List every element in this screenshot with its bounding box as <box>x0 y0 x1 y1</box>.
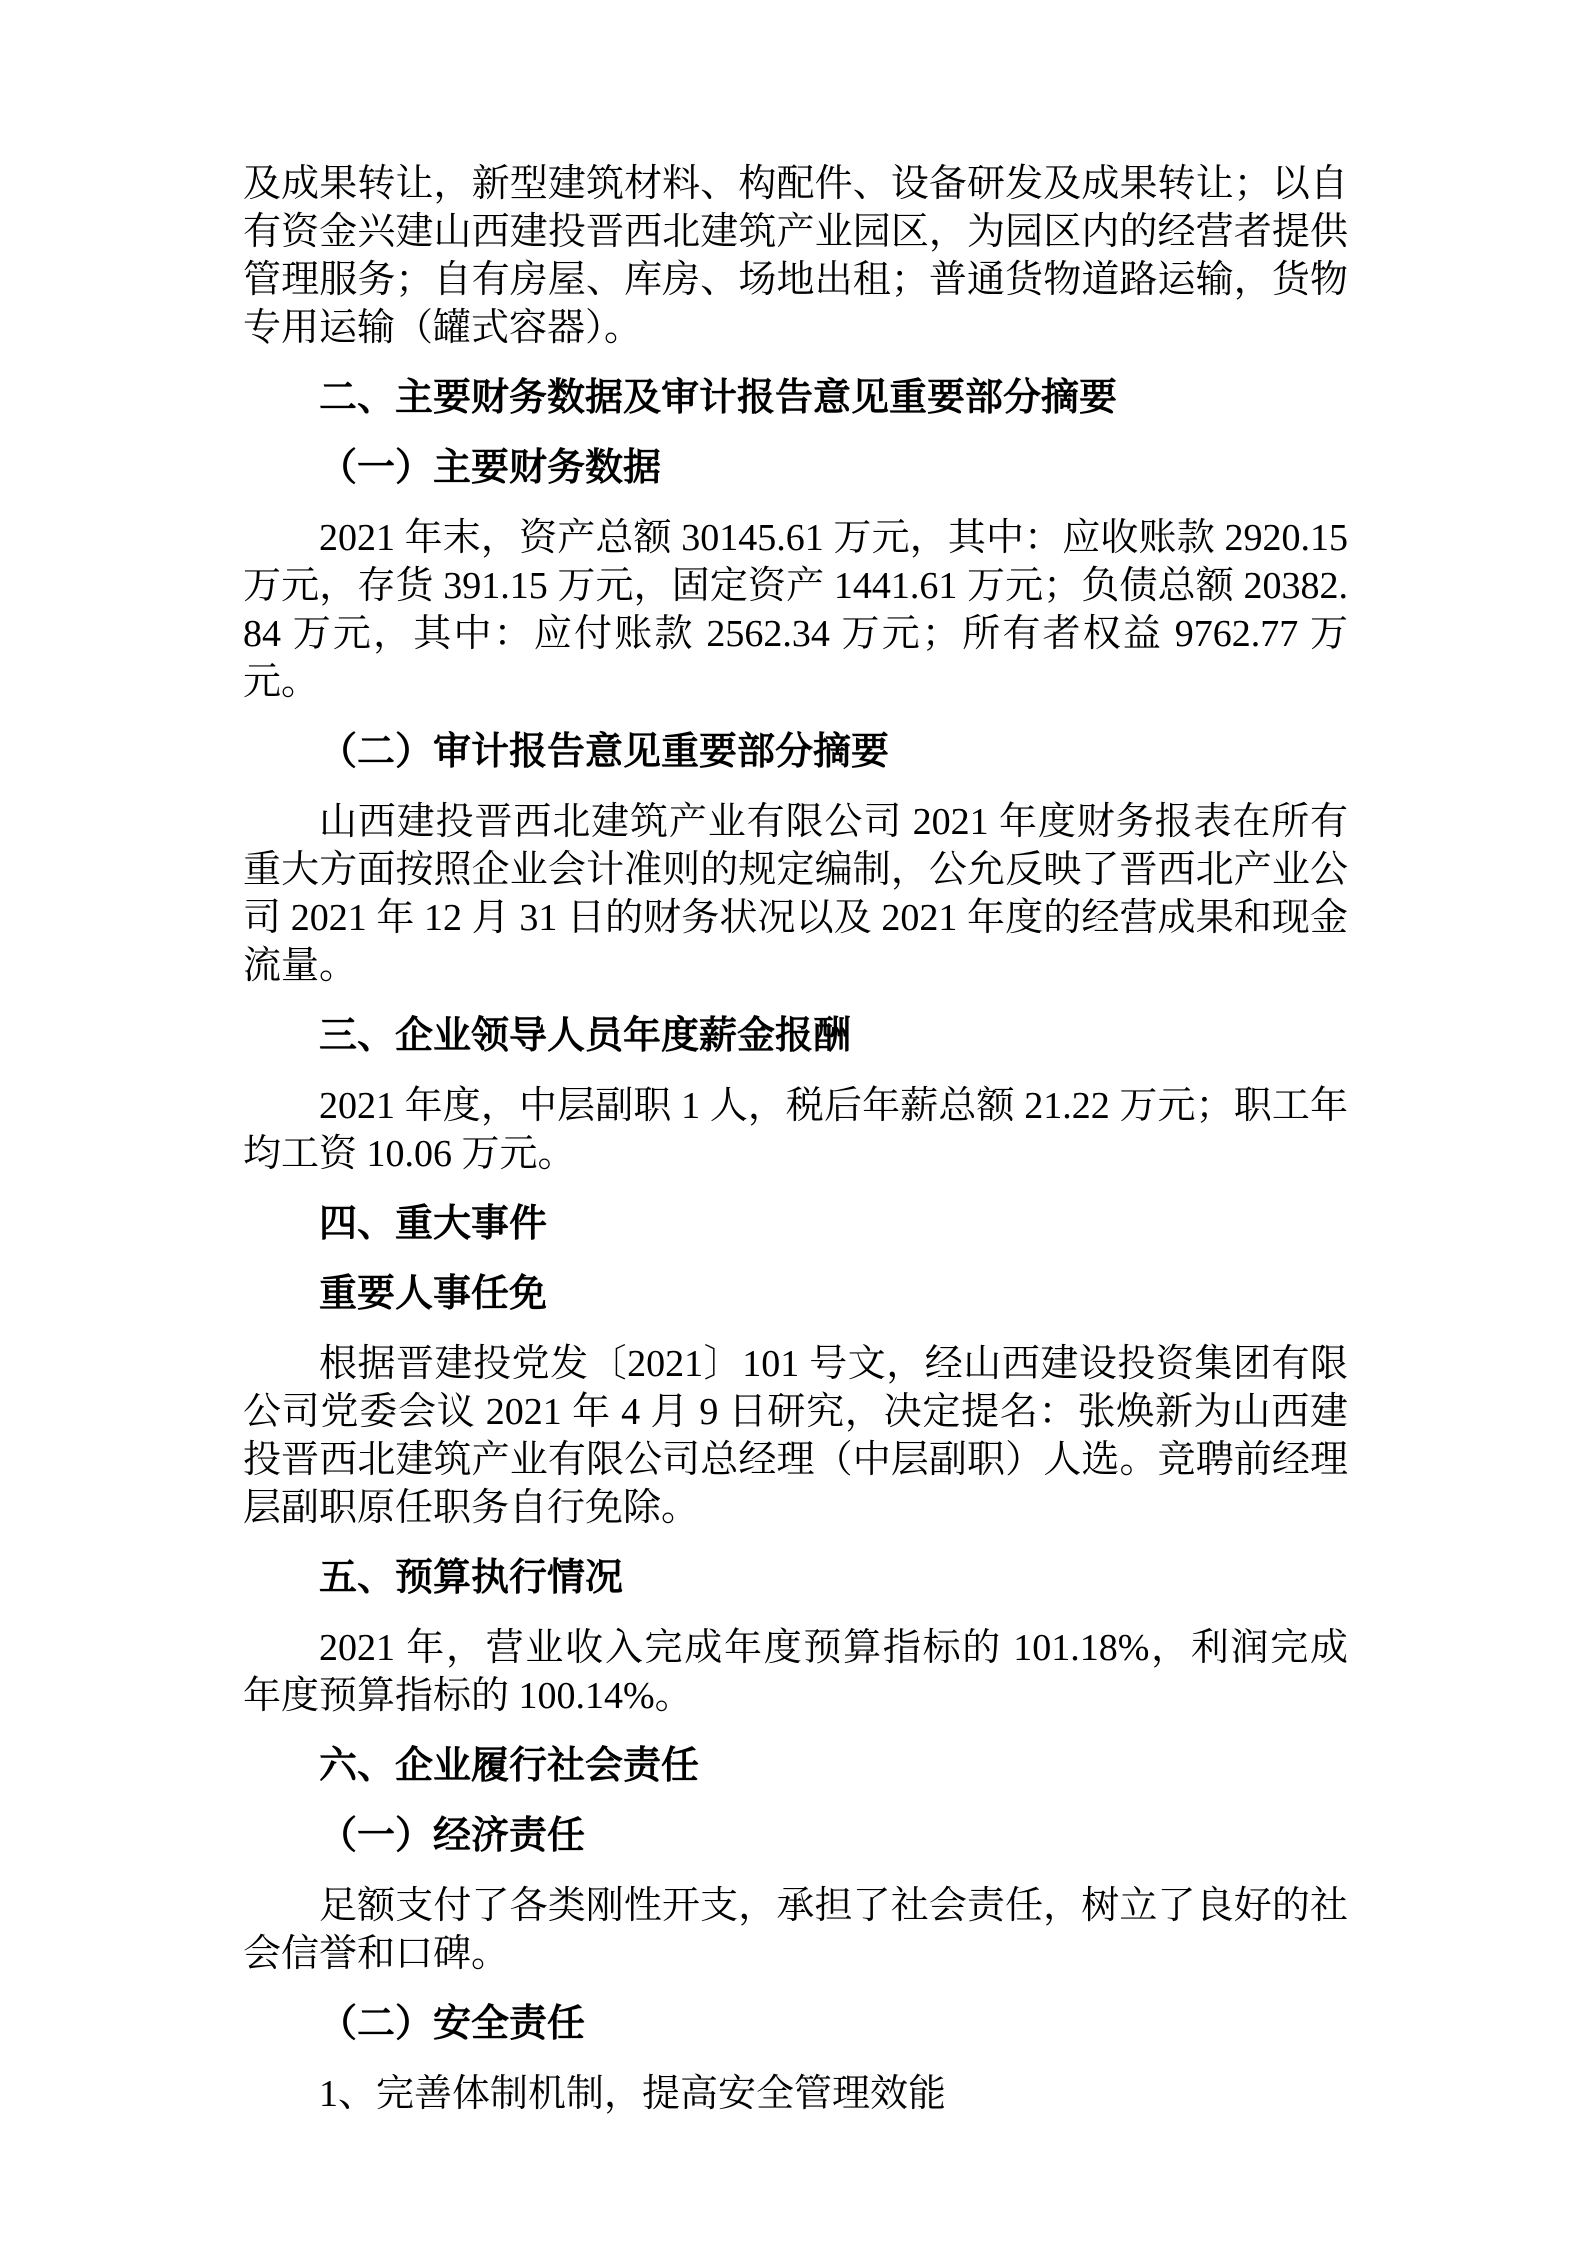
document-page: 及成果转让，新型建筑材料、构配件、设备研发及成果转让；以自有资金兴建山西建投晋西… <box>0 0 1587 2245</box>
paragraph-financial-data: 2021 年末，资产总额 30145.61 万元，其中：应收账款 2920.15… <box>243 514 1348 706</box>
paragraph-salary: 2021 年度，中层副职 1 人，税后年薪总额 21.22 万元；职工年均工资 … <box>243 1082 1348 1178</box>
heading-safety-responsibility: （二）安全责任 <box>243 2000 1348 2048</box>
heading-section-two-finance: 二、主要财务数据及审计报告意见重要部分摘要 <box>243 374 1348 422</box>
heading-financial-data: （一）主要财务数据 <box>243 444 1348 492</box>
paragraph-personnel-appointment: 根据晋建投党发〔2021〕101 号文，经山西建设投资集团有限公司党委会议 20… <box>243 1340 1348 1532</box>
document-content: 及成果转让，新型建筑材料、构配件、设备研发及成果转让；以自有资金兴建山西建投晋西… <box>243 160 1348 2118</box>
paragraph-economic-responsibility: 足额支付了各类刚性开支，承担了社会责任，树立了良好的社会信誉和口碑。 <box>243 1882 1348 1978</box>
heading-audit-opinion: （二）审计报告意见重要部分摘要 <box>243 728 1348 776</box>
heading-section-three-salary: 三、企业领导人员年度薪金报酬 <box>243 1012 1348 1060</box>
heading-section-four-events: 四、重大事件 <box>243 1200 1348 1248</box>
paragraph-business-scope: 及成果转让，新型建筑材料、构配件、设备研发及成果转让；以自有资金兴建山西建投晋西… <box>243 160 1348 352</box>
paragraph-budget-execution: 2021 年，营业收入完成年度预算指标的 101.18%，利润完成年度预算指标的… <box>243 1624 1348 1720</box>
paragraph-audit-opinion: 山西建投晋西北建筑产业有限公司 2021 年度财务报表在所有重大方面按照企业会计… <box>243 798 1348 990</box>
heading-section-six-social: 六、企业履行社会责任 <box>243 1742 1348 1790</box>
heading-personnel-changes: 重要人事任免 <box>243 1270 1348 1318</box>
heading-section-five-budget: 五、预算执行情况 <box>243 1554 1348 1602</box>
paragraph-safety-item-1: 1、完善体制机制，提高安全管理效能 <box>243 2070 1348 2118</box>
heading-economic-responsibility: （一）经济责任 <box>243 1812 1348 1860</box>
